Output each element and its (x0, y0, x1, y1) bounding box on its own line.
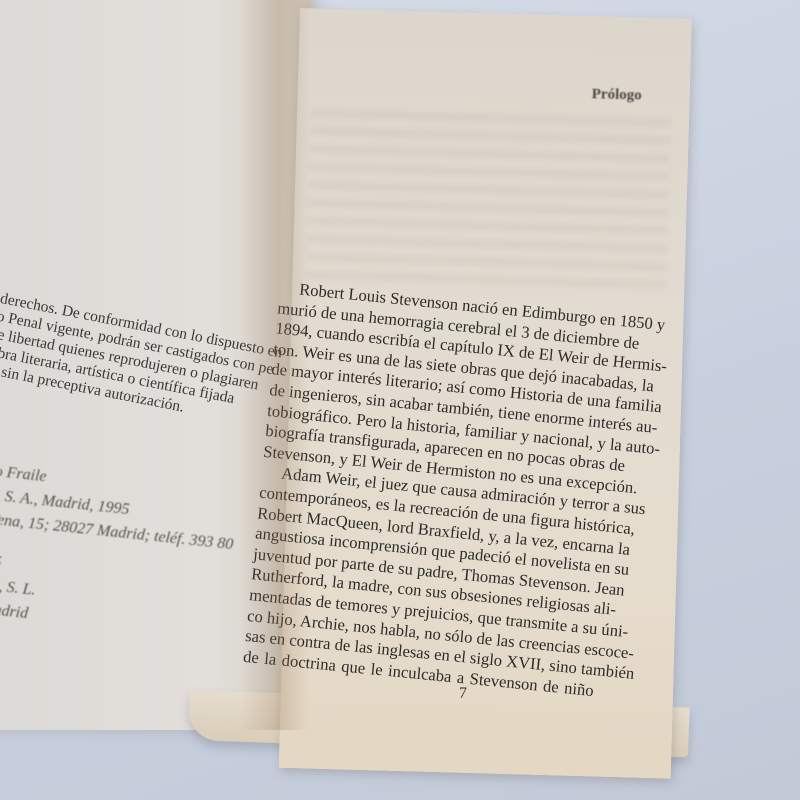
page-number: 7 (459, 685, 467, 703)
publisher-info: o Fraile l, S. A., Madrid, 1995 Tena, 15… (0, 460, 239, 647)
right-page: Prólogo Robert Louis Stevenson nació en … (279, 8, 692, 779)
show-through-text (306, 108, 671, 293)
copyright-notice: derechos. De conformidad con lo dispuest… (0, 290, 296, 436)
running-head: Prólogo (591, 86, 641, 104)
prologue-body: Robert Louis Stevenson nació en Edimburg… (242, 278, 631, 702)
book-photo: derechos. De conformidad con lo dispuest… (0, 0, 800, 800)
